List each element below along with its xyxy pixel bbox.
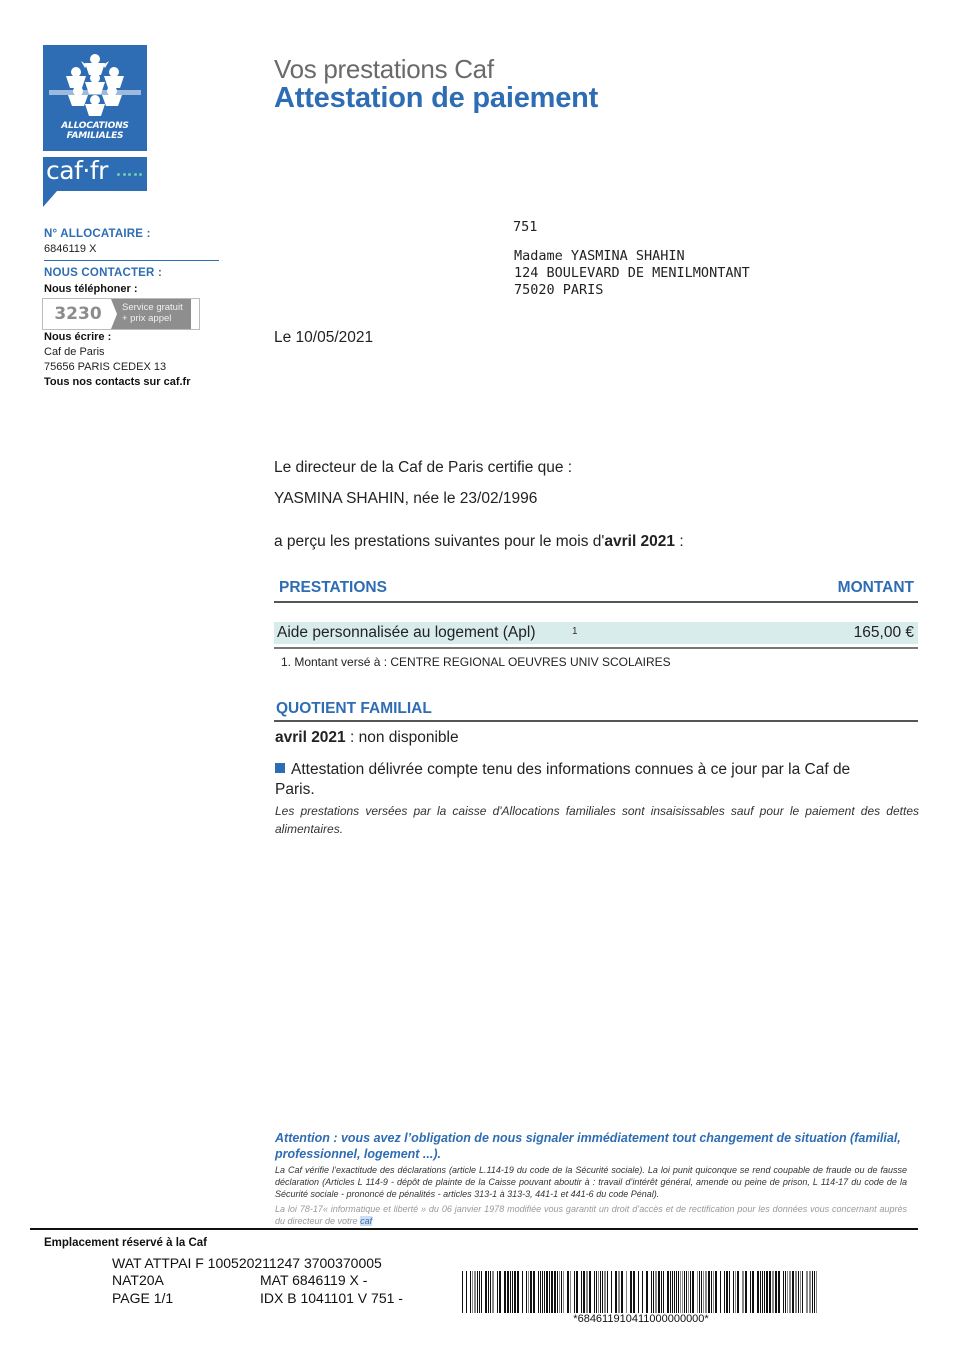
letter-date: Le 10/05/2021 xyxy=(274,329,373,347)
page-title: Attestation de paiement xyxy=(274,82,598,115)
logo-line1: ALLOCATIONS xyxy=(43,121,147,131)
phone-service-tag: Service gratuit + prix appel xyxy=(111,299,191,329)
family-figures-icon xyxy=(43,45,147,125)
privacy-highlight: caf xyxy=(360,1216,372,1226)
table-row-rule xyxy=(274,647,918,649)
received-suffix: : xyxy=(675,533,684,550)
attestation-line1: Attestation délivrée compte tenu des inf… xyxy=(291,761,850,778)
certifies-text: Le directeur de la Caf de Paris certifie… xyxy=(274,459,572,477)
quotient-rule xyxy=(274,720,918,722)
caf-zone-line1: WAT ATTPAI F 100520211247 3700370005 xyxy=(112,1255,382,1272)
allocataire-value: 6846119 X xyxy=(44,243,96,255)
insaisissables-note: Les prestations versées par la caisse d'… xyxy=(275,802,919,838)
caf-zone-divider xyxy=(30,1228,918,1230)
page-subtitle: Vos prestations Caf xyxy=(274,54,494,85)
speech-bubble-tail xyxy=(43,191,57,207)
attestation-line2: Paris. xyxy=(275,781,315,798)
sidebar-divider xyxy=(44,260,219,261)
beneficiary-text: YASMINA SHAHIN, née le 23/02/1996 xyxy=(274,490,537,508)
prestation-label: Aide personnalisée au logement (Apl) xyxy=(277,624,536,642)
column-header-prestations: PRESTATIONS xyxy=(279,579,387,597)
privacy-notice: La loi 78-17« informatique et liberté » … xyxy=(275,1203,907,1227)
received-month: avril 2021 xyxy=(604,533,675,550)
contact-label: NOUS CONTACTER : xyxy=(44,267,162,279)
phone-number: 3230 xyxy=(43,299,113,329)
attestation-note: Attestation délivrée compte tenu des inf… xyxy=(275,760,925,800)
write-label: Nous écrire : xyxy=(44,331,111,343)
column-header-montant: MONTANT xyxy=(838,579,914,597)
allocataire-label: N° ALLOCATAIRE : xyxy=(44,228,151,240)
barcode-number: *684611910411000000000* xyxy=(462,1313,820,1325)
prestation-note-ref: 1 xyxy=(572,626,578,637)
phone-service-line2: + prix appel xyxy=(111,313,191,324)
caf-zone-line3-right: IDX B 1041101 V 751 - xyxy=(260,1290,403,1307)
all-contacts-link[interactable]: Tous nos contacts sur caf.fr xyxy=(44,376,191,388)
phone-service-line1: Service gratuit xyxy=(111,302,191,313)
quotient-month: avril 2021 xyxy=(275,729,346,746)
allocations-familiales-logo: ALLOCATIONS FAMILIALES xyxy=(43,45,147,151)
dots-icon xyxy=(117,173,149,177)
write-line1: Caf de Paris xyxy=(44,346,105,358)
square-bullet-icon xyxy=(275,763,285,773)
address-code: 751 xyxy=(513,219,537,236)
caf-fr-logo: caf·fr xyxy=(43,157,147,191)
caf-fr-text: caf·fr xyxy=(46,156,108,185)
received-text: a perçu les prestations suivantes pour l… xyxy=(274,533,684,551)
legal-notice: La Caf vérifie l’exactitude des déclarat… xyxy=(275,1164,907,1201)
attention-notice: Attention : vous avez l’obligation de no… xyxy=(275,1130,920,1162)
write-line2: 75656 PARIS CEDEX 13 xyxy=(44,361,166,373)
caf-zone-line2-right: MAT 6846119 X - xyxy=(260,1272,367,1289)
address-line2: 124 BOULEVARD DE MENILMONTANT xyxy=(514,265,750,282)
quotient-title: QUOTIENT FAMILIAL xyxy=(276,700,432,718)
prestation-footnote: 1. Montant versé à : CENTRE REGIONAL OEU… xyxy=(281,655,671,669)
quotient-value: avril 2021 : non disponible xyxy=(275,729,459,747)
caf-zone-label: Emplacement réservé à la Caf xyxy=(44,1237,207,1249)
table-header-rule xyxy=(274,601,918,603)
address-line1: Madame YASMINA SHAHIN xyxy=(514,248,685,265)
table-row: Aide personnalisée au logement (Apl) 1 1… xyxy=(274,622,918,644)
barcode xyxy=(462,1271,820,1313)
logo-line2: FAMILIALES xyxy=(43,131,147,141)
address-line3: 75020 PARIS xyxy=(514,282,603,299)
phone-badge[interactable]: 3230 Service gratuit + prix appel xyxy=(42,298,200,330)
phone-label: Nous téléphoner : xyxy=(44,283,138,295)
prestation-amount: 165,00 € xyxy=(854,624,914,642)
caf-zone-line3-left: PAGE 1/1 xyxy=(112,1290,173,1307)
quotient-status: : non disponible xyxy=(346,729,459,746)
caf-zone-line2-left: NAT20A xyxy=(112,1272,164,1289)
received-prefix: a perçu les prestations suivantes pour l… xyxy=(274,533,604,550)
